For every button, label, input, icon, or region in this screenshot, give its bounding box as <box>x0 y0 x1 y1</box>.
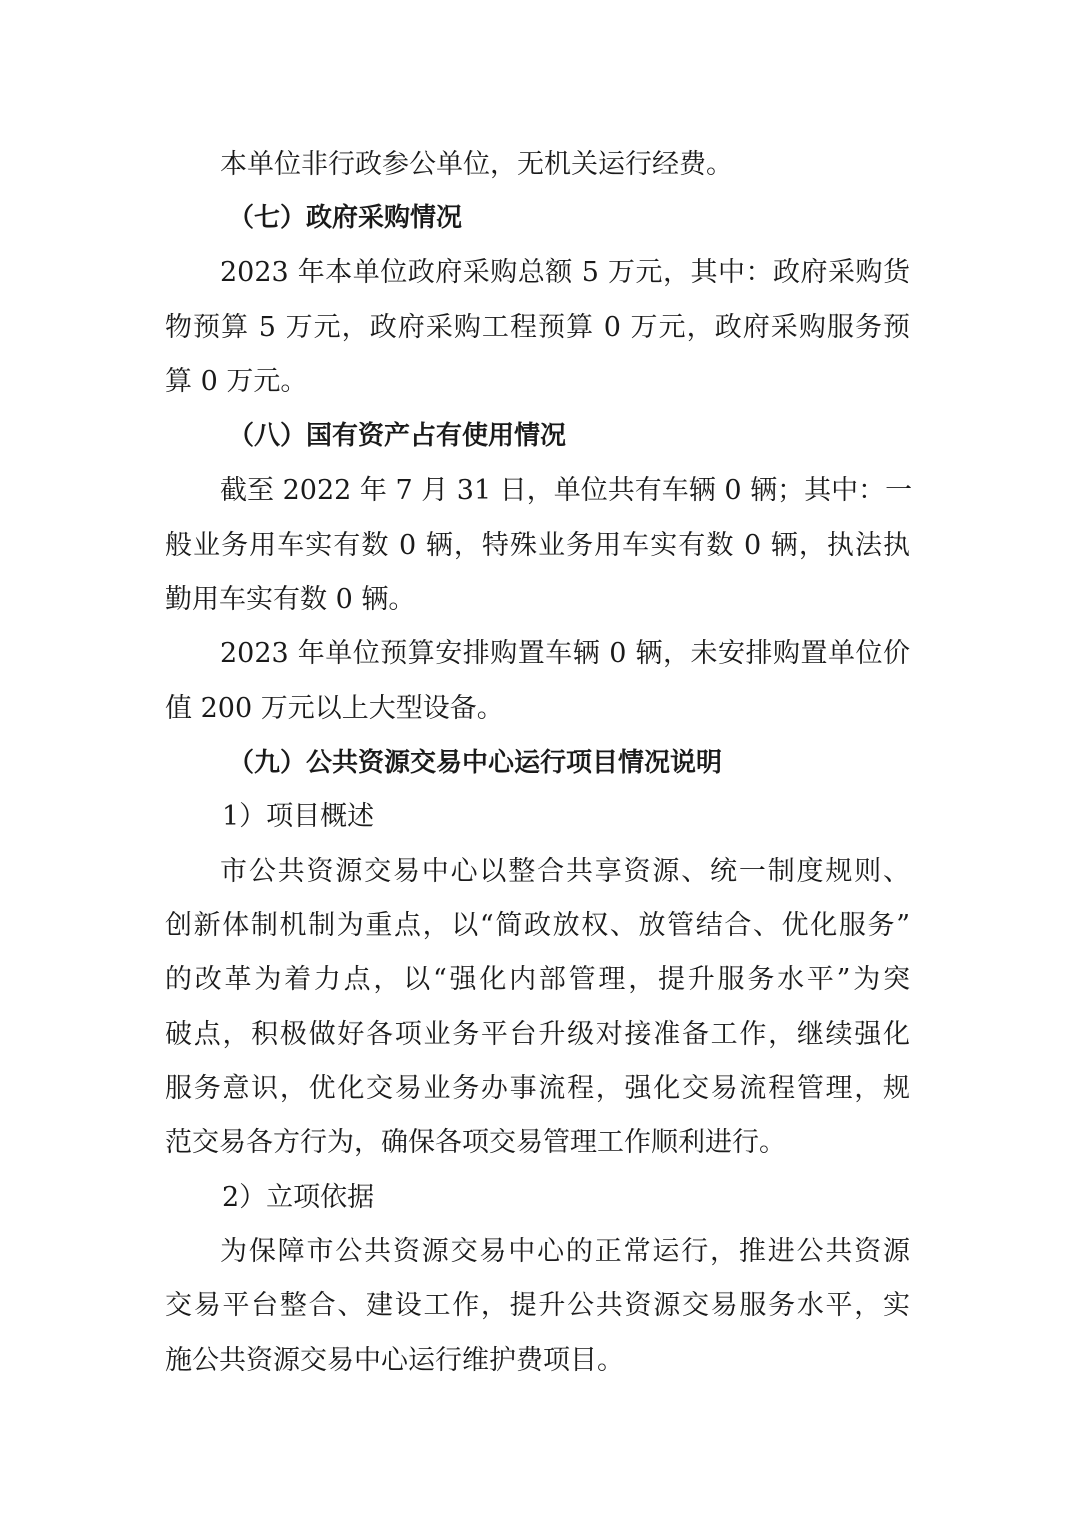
paragraph-line: 本单位非行政参公单位，无机关运行经费。 <box>220 145 910 185</box>
paragraph-line: 般业务用车实有数 0 辆，特殊业务用车实有数 0 辆，执法执 <box>165 526 910 566</box>
section-heading-7: （七）政府采购情况 <box>228 198 462 238</box>
subheading-basis: 2）立项依据 <box>222 1178 374 1218</box>
paragraph-line: 2023 年本单位政府采购总额 5 万元，其中：政府采购货 <box>220 253 910 293</box>
paragraph-line: 的改革为着力点，以“强化内部管理，提升服务水平”为突 <box>165 960 910 1000</box>
paragraph-line: 市公共资源交易中心以整合共享资源、统一制度规则、 <box>220 852 910 892</box>
paragraph-line: 施公共资源交易中心运行维护费项目。 <box>165 1341 910 1381</box>
subheading-overview: 1）项目概述 <box>222 797 374 837</box>
paragraph-line: 算 0 万元。 <box>165 362 910 402</box>
paragraph-line: 范交易各方行为，确保各项交易管理工作顺利进行。 <box>165 1123 910 1163</box>
paragraph-line: 破点，积极做好各项业务平台升级对接准备工作，继续强化 <box>165 1015 910 1055</box>
paragraph-line: 为保障市公共资源交易中心的正常运行，推进公共资源 <box>220 1232 910 1272</box>
paragraph-line: 创新体制机制为重点，以“简政放权、放管结合、优化服务” <box>165 906 910 946</box>
paragraph-line: 交易平台整合、建设工作，提升公共资源交易服务水平，实 <box>165 1286 910 1326</box>
document-page: 本单位非行政参公单位，无机关运行经费。 （七）政府采购情况 2023 年本单位政… <box>0 0 1074 1520</box>
paragraph-line: 2023 年单位预算安排购置车辆 0 辆，未安排购置单位价 <box>220 634 910 674</box>
section-heading-9: （九）公共资源交易中心运行项目情况说明 <box>228 743 722 783</box>
section-heading-8: （八）国有资产占有使用情况 <box>228 416 566 456</box>
paragraph-line: 物预算 5 万元，政府采购工程预算 0 万元，政府采购服务预 <box>165 308 910 348</box>
paragraph-line: 服务意识，优化交易业务办事流程，强化交易流程管理，规 <box>165 1069 910 1109</box>
paragraph-line: 截至 2022 年 7 月 31 日，单位共有车辆 0 辆；其中：一 <box>220 471 910 511</box>
paragraph-line: 值 200 万元以上大型设备。 <box>165 689 910 729</box>
paragraph-line: 勤用车实有数 0 辆。 <box>165 580 910 620</box>
